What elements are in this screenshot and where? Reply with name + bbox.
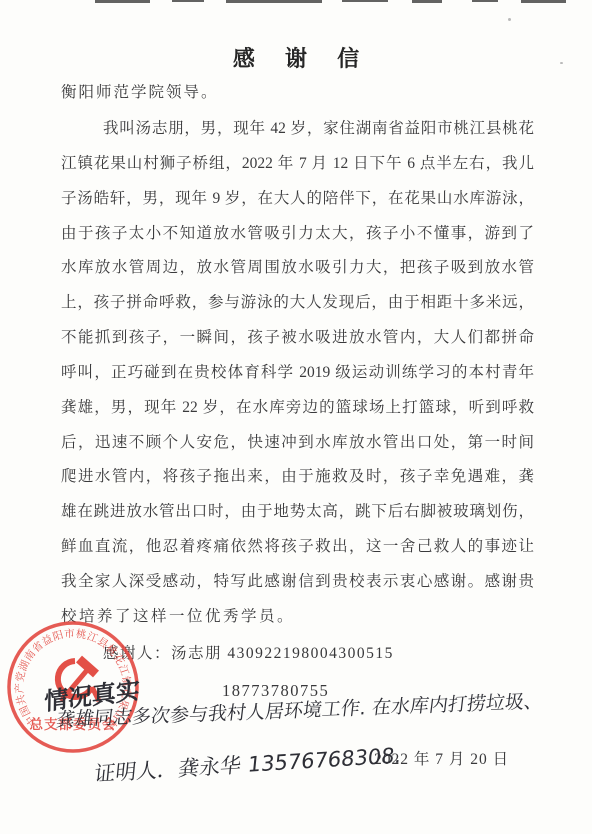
page-title: 感 谢 信 [0,42,592,73]
body-line: 我叫汤志朋，男，现年 42 岁，家住湖南省益阳市桃江县桃花 [61,117,534,152]
scan-smudge [95,0,150,3]
scan-smudge [172,0,204,2]
scan-speck [508,18,511,21]
body-line: 鲜血直流，他忍着疼痛依然将孩子救出，这一舍己救人的事迹让 [61,535,534,570]
body-line: 后，迅速不顾个人安危，快速冲到水库放水管出口处，第一时间 [61,431,534,466]
salutation: 衡阳师范学院领导。 [61,80,219,102]
body-line: 水库放水管周边，放水管周围放水吸引力大，把孩子吸到放水管 [61,256,534,291]
body-line: 上，孩子拼命呼救，参与游泳的大人发现后，由于相距十多米远， [61,291,534,326]
scan-smudge [412,0,442,3]
body-line: 龚雄，男，现年 22 岁，在水库旁边的篮球场上打篮球，听到呼救 [61,396,534,431]
body-line: 江镇花果山村狮子桥组，2022 年 7 月 12 日下午 6 点半左右，我儿 [61,152,534,187]
scan-smudge [226,0,322,3]
body-line: 子汤皓轩，男，现年 9 岁，在大人的陪伴下，在花果山水库游泳， [61,187,534,222]
scan-smudge [342,0,388,2]
body-line: 由于孩子太小不知道放水管吸引力太大，孩子小不懂事，游到了 [61,222,534,257]
letter-body: 我叫汤志朋，男，现年 42 岁，家住湖南省益阳市桃江县桃花 江镇花果山村狮子桥组… [61,117,534,640]
scanned-letter-page: 感 谢 信 衡阳师范学院领导。 我叫汤志朋，男，现年 42 岁，家住湖南省益阳市… [0,0,592,834]
body-line: 呼叫，正巧碰到在贵校体育科学 2019 级运动训练学习的本村青年 [61,361,534,396]
body-line: 爬进水管内，将孩子拖出来，由于施救及时，孩子幸免遇难，龚 [61,465,534,500]
signature-line: 感谢人：汤志朋 430922198004300515 [103,641,394,663]
body-line: 不能抓到孩子，一瞬间，孩子被水吸进放水管内，大人们都拼命 [61,326,534,361]
body-line: 我全家人深受感动，特写此感谢信到贵校表示衷心感谢。感谢贵 [61,570,534,605]
scan-smudge [472,0,498,2]
body-line: 雄在跳进放水管出口时，由于地势太高，跳下后右脚被玻璃划伤， [61,500,534,535]
scan-smudge [521,0,566,3]
